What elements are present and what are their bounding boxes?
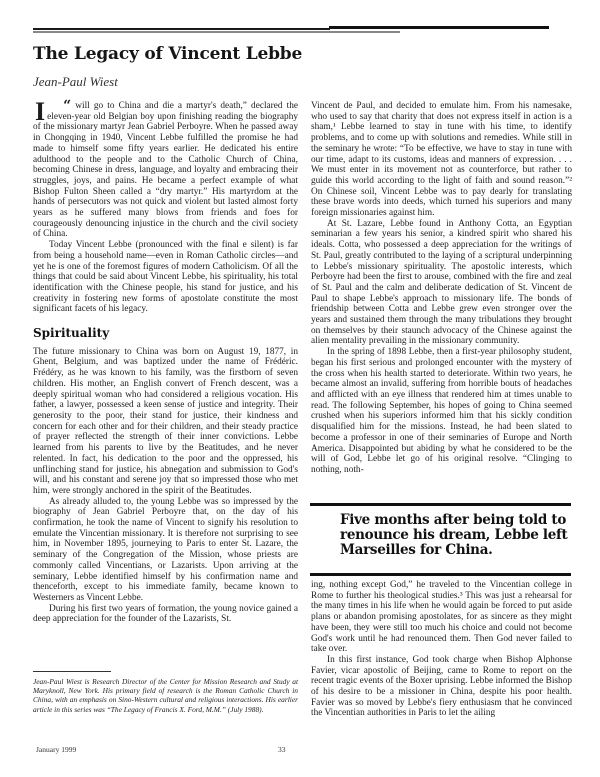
paragraph: During his first two years of formation,… xyxy=(33,604,298,625)
section-heading: Spirituality xyxy=(33,328,298,339)
paragraph: In this first instance, God took charge … xyxy=(311,655,572,719)
right-column-bottom: ing, nothing except God,” he traveled to… xyxy=(311,580,572,719)
right-column-top: Vincent de Paul, and decided to emulate … xyxy=(311,101,572,476)
paragraph: Today Vincent Lebbe (pronounced with the… xyxy=(33,240,298,315)
paragraph: Vincent de Paul, and decided to emulate … xyxy=(311,101,572,219)
article-title: The Legacy of Vincent Lebbe xyxy=(33,44,302,64)
author-bio-footnote: Jean-Paul Wiest is Research Director of … xyxy=(33,677,298,714)
header-rule-gray xyxy=(33,31,400,33)
paragraph: As already alluded to, the young Lebbe w… xyxy=(33,497,298,604)
header-rule-thin xyxy=(33,28,330,30)
header-rule-thick xyxy=(329,26,549,29)
paragraph: The future missionary to China was born … xyxy=(33,347,298,497)
paragraph: In the spring of 1898 Lebbe, then a firs… xyxy=(311,347,572,475)
pull-quote: Five months after being told to renounce… xyxy=(340,513,580,558)
footer-date: January 1999 xyxy=(36,745,76,754)
paragraph: ing, nothing except God,” he traveled to… xyxy=(311,580,572,655)
paragraph-text: will go to China and die a martyr's deat… xyxy=(33,101,298,239)
drop-cap: I xyxy=(35,102,45,122)
opening-paragraph: “I will go to China and die a martyr's d… xyxy=(33,101,298,240)
article-author: Jean-Paul Wiest xyxy=(33,74,118,90)
page-number: 33 xyxy=(278,745,286,754)
pull-quote-rule-top xyxy=(310,503,571,506)
footnote-divider xyxy=(33,671,111,672)
left-column: “I will go to China and die a martyr's d… xyxy=(33,101,298,625)
paragraph: At St. Lazare, Lebbe found in Anthony Co… xyxy=(311,219,572,347)
pull-quote-rule-bottom xyxy=(310,573,571,576)
